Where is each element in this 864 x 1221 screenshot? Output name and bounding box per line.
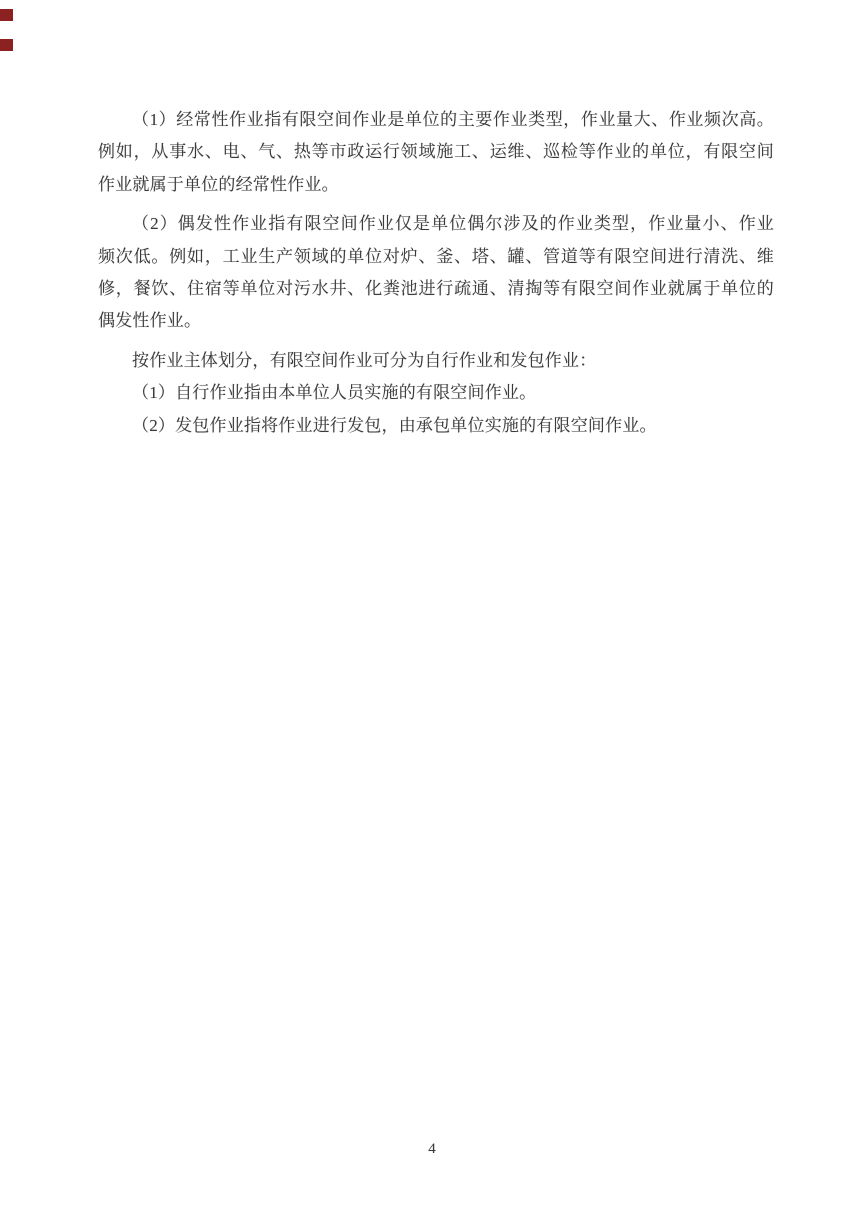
page-number: 4	[428, 1141, 436, 1157]
text-line: （1）自行作业指由本单位人员实施的有限空间作业。	[98, 377, 774, 409]
page-footer: 4	[0, 1140, 864, 1158]
paragraph: 按作业主体划分，有限空间作业可分为自行作业和发包作业：	[98, 345, 774, 377]
paragraph: （1）自行作业指由本单位人员实施的有限空间作业。	[98, 377, 774, 409]
text-line: （1）经常性作业指有限空间作业是单位的主要作业类型，作业量大、作业频次高。	[98, 104, 774, 136]
document-body-text: （1）经常性作业指有限空间作业是单位的主要作业类型，作业量大、作业频次高。例如，…	[98, 104, 774, 442]
paragraph: （1）经常性作业指有限空间作业是单位的主要作业类型，作业量大、作业频次高。例如，…	[98, 104, 774, 201]
paragraph: （2）偶发性作业指有限空间作业仅是单位偶尔涉及的作业类型，作业量小、作业频次低。…	[98, 208, 774, 338]
text-line: 修，餐饮、住宿等单位对污水井、化粪池进行疏通、清掏等有限空间作业就属于单位的	[98, 273, 774, 305]
text-line: 偶发性作业。	[98, 305, 774, 337]
scan-edge-red-mark-top	[0, 9, 13, 21]
text-line: 频次低。例如，工业生产领域的单位对炉、釜、塔、罐、管道等有限空间进行清洗、维	[98, 241, 774, 273]
text-line: （2）偶发性作业指有限空间作业仅是单位偶尔涉及的作业类型，作业量小、作业	[98, 208, 774, 240]
paragraph: （2）发包作业指将作业进行发包，由承包单位实施的有限空间作业。	[98, 410, 774, 442]
text-line: （2）发包作业指将作业进行发包，由承包单位实施的有限空间作业。	[98, 410, 774, 442]
document-page: （1）经常性作业指有限空间作业是单位的主要作业类型，作业量大、作业频次高。例如，…	[0, 0, 864, 1221]
text-line: 按作业主体划分，有限空间作业可分为自行作业和发包作业：	[98, 345, 774, 377]
text-line: 作业就属于单位的经常性作业。	[98, 169, 774, 201]
text-line: 例如，从事水、电、气、热等市政运行领域施工、运维、巡检等作业的单位，有限空间	[98, 136, 774, 168]
scan-edge-red-mark-bottom	[0, 39, 13, 51]
